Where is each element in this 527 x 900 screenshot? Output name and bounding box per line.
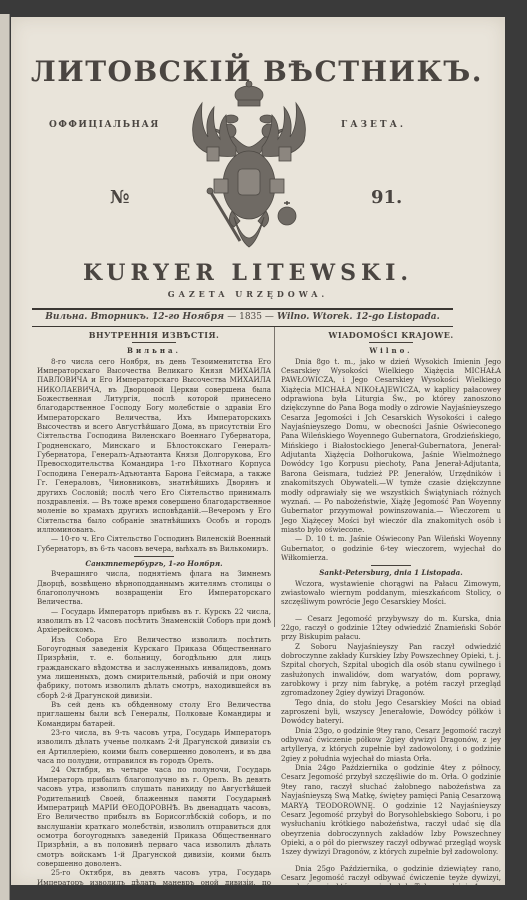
- dateline-russian: Вильна. Вторникъ. 12-го Ноября: [45, 312, 224, 322]
- dateline: Вильна. Вторникъ. 12-го Ноября — 1835 — …: [32, 312, 453, 322]
- section-title-rule: [369, 342, 413, 343]
- place-heading: Sankt-Petersburg, dnia 1 Listopada.: [281, 568, 501, 577]
- article-paragraph: Вчерашняго числа, поднятіемъ флага на Зи…: [37, 569, 271, 606]
- right-column-polish: WIADOMOŚCI KRAJOWE. Wilno. Dnia 8go t. m…: [281, 331, 501, 885]
- official-label: ОФФИЦІАЛЬНАЯ: [49, 120, 160, 130]
- masthead-subtitle-polish: GAZETA URZĘDOWA.: [11, 289, 505, 299]
- double-headed-eagle-icon: [174, 81, 324, 259]
- section-title-national-news: WIADOMOŚCI KRAJOWE.: [281, 331, 501, 340]
- newspaper-page: ЛИТОВСКІЙ ВѢСТНИКЪ. ОФФИЦІАЛЬНАЯ ГАЗЕТА.…: [11, 17, 505, 885]
- dateline-year: — 1835 —: [227, 312, 274, 322]
- issue-number: 91.: [371, 187, 402, 208]
- article-paragraph: Dnia 24go Października o godzinie 4tey z…: [281, 763, 501, 856]
- article-paragraph: Dnia 25go Października, o godzinie dziew…: [281, 864, 501, 885]
- article-paragraph: — Cesarz Jegomość przybywszy do m. Kursk…: [281, 614, 501, 642]
- place-heading: Вильна.: [37, 346, 271, 355]
- gazeta-label: ГАЗЕТА.: [341, 120, 406, 130]
- left-column-russian: ВНУТРЕННІЯ ИЗВѢСТІЯ. Вильна. 8-го числа …: [37, 331, 271, 885]
- section-title-rule: [132, 342, 176, 343]
- article-paragraph: — 10-го ч. Его Сіятельство Господинъ Вил…: [37, 534, 271, 553]
- article-paragraph: Tego dnia, do stołu Jego Cesarskiey Mośc…: [281, 698, 501, 726]
- article-paragraph: Wczora, wystawienie chorągwi na Pałacu Z…: [281, 579, 501, 607]
- dateline-rule-top: [32, 308, 453, 310]
- masthead-title-polish: KURYER LITEWSKI.: [11, 260, 505, 286]
- article-paragraph: 24 Октября, въ четыре часа по полуночи, …: [37, 765, 271, 868]
- article-paragraph: Z Soboru Nayjaśnieyszy Pan raczył odwied…: [281, 642, 501, 698]
- article-paragraph: 8-го числа сего Ноября, въ день Тезоимен…: [37, 357, 271, 535]
- article-paragraph: Dnia 8go t. m., jako w dzień Wysokich Im…: [281, 357, 501, 535]
- article-separator: [134, 556, 174, 557]
- place-heading: Wilno.: [281, 346, 501, 355]
- dateline-polish: Wilno. Wtorek. 12-go Listopada.: [277, 312, 440, 322]
- article-paragraph: Dnia 23go, o godzinie 9tey rano, Cesarz …: [281, 726, 501, 763]
- article-paragraph: Изъ Собора Его Величество изволилъ посѣт…: [37, 635, 271, 700]
- book-spine-edge: [0, 14, 10, 900]
- place-heading: Санктпетербургъ, 1-го Ноября.: [37, 559, 271, 568]
- issue-number-label: №: [110, 187, 130, 208]
- dateline-rule-bottom: [32, 326, 453, 327]
- section-title-internal-news: ВНУТРЕННІЯ ИЗВѢСТІЯ.: [37, 331, 271, 340]
- article-paragraph: — Государь Императоръ прибывъ въ г. Курс…: [37, 607, 271, 635]
- article-separator: [371, 565, 411, 566]
- article-paragraph: 25-го Октября, въ девять часовъ утра, Го…: [37, 868, 271, 885]
- article-paragraph: Въ сей день къ обѣденному столу Его Вели…: [37, 700, 271, 728]
- article-paragraph: — D. 10 t. m. Jaśnie Oświecony Pan Wileń…: [281, 534, 501, 562]
- column-divider: [274, 327, 275, 627]
- article-paragraph: 23-го числа, въ 9-ть часовъ утра, Госуда…: [37, 728, 271, 765]
